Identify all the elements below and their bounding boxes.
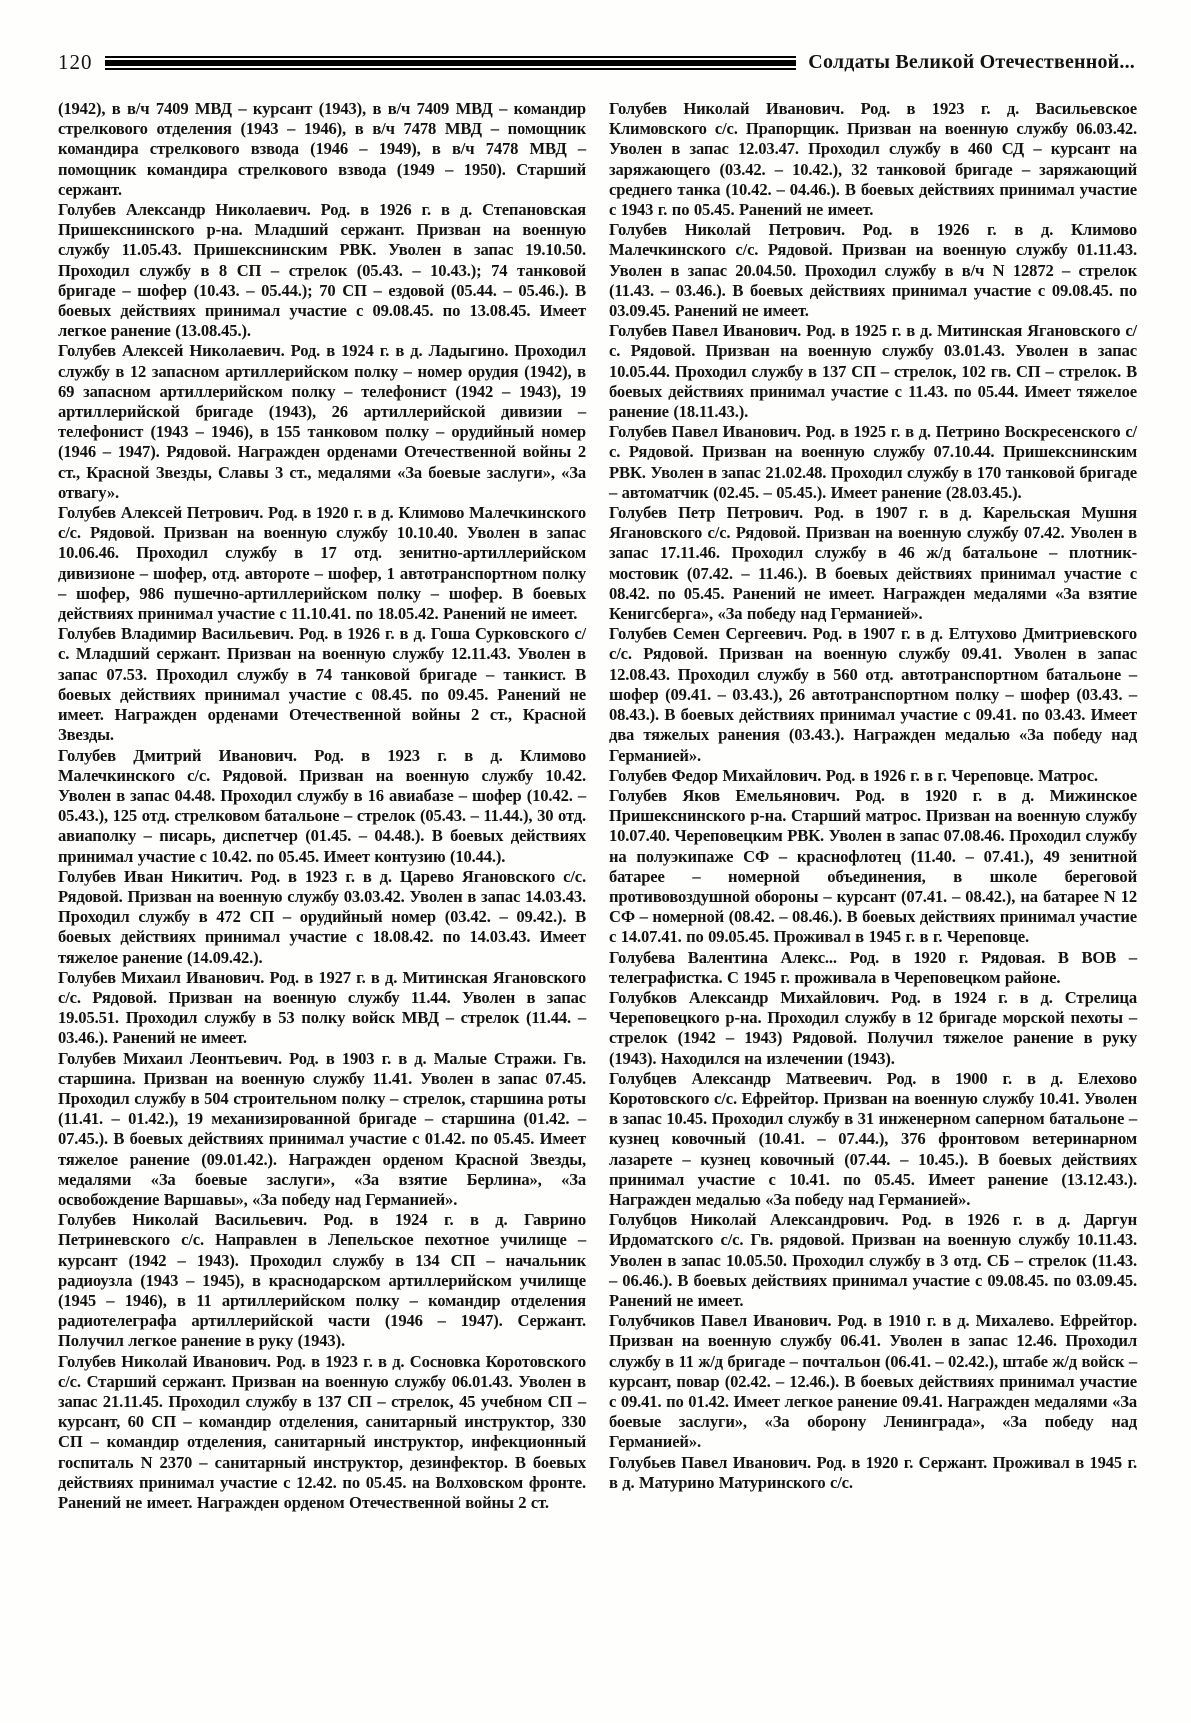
entry-paragraph: Голубев Николай Петрович. Род. в 1926 г.… xyxy=(609,220,1137,321)
entry-paragraph: Голубев Владимир Васильевич. Род. в 1926… xyxy=(58,624,586,745)
right-column: Голубев Николай Иванович. Род. в 1923 г.… xyxy=(609,99,1137,1513)
entry-paragraph: Голубев Семен Сергеевич. Род. в 1907 г. … xyxy=(609,624,1137,765)
entry-paragraph: Голубков Александр Михайлович. Род. в 19… xyxy=(609,988,1137,1069)
page-header: 120 Солдаты Великой Отечественной... xyxy=(58,50,1135,75)
left-column: (1942), в в/ч 7409 МВД – курсант (1943),… xyxy=(58,99,586,1513)
entry-paragraph: Голубев Алексей Петрович. Род. в 1920 г.… xyxy=(58,503,586,624)
entry-paragraph: Голубцев Александр Матвеевич. Род. в 190… xyxy=(609,1069,1137,1210)
entry-paragraph: Голубчиков Павел Иванович. Род. в 1910 г… xyxy=(609,1311,1137,1452)
entry-paragraph: (1942), в в/ч 7409 МВД – курсант (1943),… xyxy=(58,99,586,200)
running-title: Солдаты Великой Отечественной... xyxy=(808,51,1135,74)
entry-paragraph: Голубев Михаил Леонтьевич. Род. в 1903 г… xyxy=(58,1049,586,1211)
entry-paragraph: Голубев Михаил Иванович. Род. в 1927 г. … xyxy=(58,968,586,1049)
entry-paragraph: Голубьев Павел Иванович. Род. в 1920 г. … xyxy=(609,1453,1137,1493)
entry-paragraph: Голубев Яков Емельянович. Род. в 1920 г.… xyxy=(609,786,1137,948)
book-page: 120 Солдаты Великой Отечественной... (19… xyxy=(0,0,1191,1723)
entry-paragraph: Голубев Николай Васильевич. Род. в 1924 … xyxy=(58,1210,586,1351)
text-columns: (1942), в в/ч 7409 МВД – курсант (1943),… xyxy=(58,99,1137,1513)
entry-paragraph: Голубев Павел Иванович. Род. в 1925 г. в… xyxy=(609,422,1137,503)
entry-paragraph: Голубев Федор Михайлович. Род. в 1926 г.… xyxy=(609,766,1137,786)
entry-paragraph: Голубев Николай Иванович. Род. в 1923 г.… xyxy=(609,99,1137,220)
entry-paragraph: Голубев Николай Иванович. Род. в 1923 г.… xyxy=(58,1352,586,1514)
entry-paragraph: Голубев Павел Иванович. Род. в 1925 г. в… xyxy=(609,321,1137,422)
header-rule xyxy=(105,56,797,70)
page-number: 120 xyxy=(58,50,93,75)
entry-paragraph: Голубев Иван Никитич. Род. в 1923 г. в д… xyxy=(58,867,586,968)
entry-paragraph: Голубев Алексей Николаевич. Род. в 1924 … xyxy=(58,341,586,503)
entry-paragraph: Голубев Дмитрий Иванович. Род. в 1923 г.… xyxy=(58,746,586,867)
entry-paragraph: Голубева Валентина Алекс... Род. в 1920 … xyxy=(609,948,1137,988)
entry-paragraph: Голубев Александр Николаевич. Род. в 192… xyxy=(58,200,586,341)
entry-paragraph: Голубцов Николай Александрович. Род. в 1… xyxy=(609,1210,1137,1311)
entry-paragraph: Голубев Петр Петрович. Род. в 1907 г. в … xyxy=(609,503,1137,624)
